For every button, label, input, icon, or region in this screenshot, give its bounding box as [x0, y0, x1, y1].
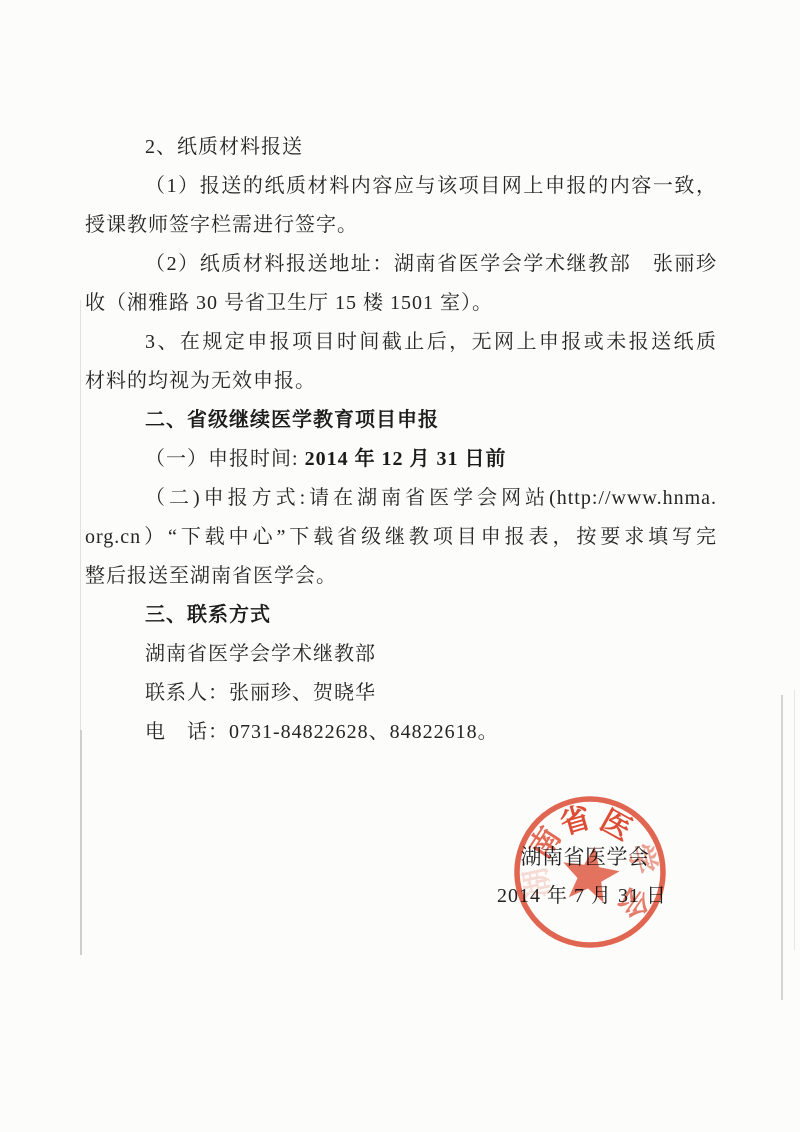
text-line: 联系人：张丽珍、贺晓华	[85, 674, 717, 713]
scan-fold-line-left-dark	[80, 730, 82, 955]
text-line-content: （二)申报方式:请在湖南省医学会网站(http://www.hnma.	[145, 487, 717, 509]
text-line: 2、纸质材料报送	[85, 128, 717, 167]
text-line-bold-part: 2014 年 12 月 31 日前	[305, 448, 507, 470]
scan-fold-line-left	[80, 300, 81, 730]
text-line: 收（湘雅路 30 号省卫生厅 15 楼 1501 室）。	[85, 284, 717, 323]
text-line-content: 材料的均视为无效申报。	[85, 370, 316, 392]
signature-organization: 湖南省医学会	[500, 841, 670, 871]
scan-fold-line-right-2	[794, 690, 795, 950]
scanned-document-page: 2、纸质材料报送（1）报送的纸质材料内容应与该项目网上申报的内容一致，授课教师签…	[0, 0, 800, 1132]
text-line: 三、联系方式	[85, 596, 717, 635]
text-line-content: 授课教师签字栏需进行签字。	[85, 214, 358, 236]
seal-ring	[517, 799, 663, 945]
text-line-content: org.cn）“下载中心”下载省级继教项目申报表，按要求填写完	[85, 526, 717, 548]
text-line: 材料的均视为无效申报。	[85, 362, 717, 401]
document-body: 2、纸质材料报送（1）报送的纸质材料内容应与该项目网上申报的内容一致，授课教师签…	[85, 128, 717, 752]
text-line-content: 整后报送至湖南省医学会。	[85, 565, 337, 587]
text-line: 3、在规定申报项目时间截止后，无网上申报或未报送纸质	[85, 323, 717, 362]
text-line: 湖南省医学会学术继教部	[85, 635, 717, 674]
text-line-content: （一）申报时间:	[145, 448, 305, 470]
text-line: （1）报送的纸质材料内容应与该项目网上申报的内容一致，	[85, 167, 717, 206]
text-line: org.cn）“下载中心”下载省级继教项目申报表，按要求填写完	[85, 518, 717, 557]
text-line-content: 收（湘雅路 30 号省卫生厅 15 楼 1501 室）。	[85, 292, 493, 314]
text-line-content: 二、省级继续医学教育项目申报	[145, 409, 439, 431]
text-line: （2）纸质材料报送地址：湖南省医学会学术继教部 张丽珍	[85, 245, 717, 284]
text-line-content: 湖南省医学会学术继教部	[145, 643, 376, 665]
text-line-content: （2）纸质材料报送地址：湖南省医学会学术继教部 张丽珍	[145, 253, 717, 275]
text-line-content: 联系人：张丽珍、贺晓华	[145, 682, 376, 704]
text-line-content: 3、在规定申报项目时间截止后，无网上申报或未报送纸质	[145, 331, 717, 353]
text-line: （二)申报方式:请在湖南省医学会网站(http://www.hnma.	[85, 479, 717, 518]
text-line: （一）申报时间: 2014 年 12 月 31 日前	[85, 440, 717, 479]
text-line-content: 电 话：0731-84822628、84822618。	[145, 721, 499, 743]
text-line: 整后报送至湖南省医学会。	[85, 557, 717, 596]
scan-fold-line-right	[781, 695, 783, 1000]
seal-char-sheng: 省	[556, 801, 594, 841]
text-line: 二、省级继续医学教育项目申报	[85, 401, 717, 440]
official-seal: 湖 南 省 医 学 会	[505, 787, 675, 957]
text-line: 电 话：0731-84822628、84822618。	[85, 713, 717, 752]
text-line-content: 三、联系方式	[145, 604, 271, 626]
text-line-content: （1）报送的纸质材料内容应与该项目网上申报的内容一致，	[145, 175, 717, 197]
text-line-content: 2、纸质材料报送	[145, 136, 303, 158]
signature-date: 2014 年 7 月 31 日	[496, 879, 668, 908]
text-line: 授课教师签字栏需进行签字。	[85, 206, 717, 245]
